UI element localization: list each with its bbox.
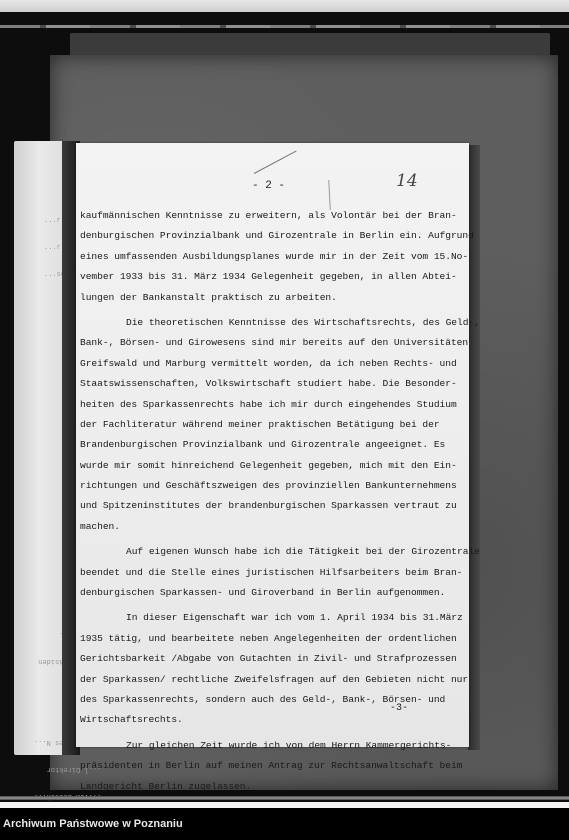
text-line: Staatswissenschaften, Volkswirtschaft st… [80, 374, 466, 394]
pencil-mark [254, 151, 297, 174]
text-line: Greifswald und Marburg vermittelt worden… [80, 354, 466, 374]
text-line: In dieser Eigenschaft war ich vom 1. Apr… [80, 608, 466, 628]
archive-name: Archiwum Państwowe w Poznaniu [3, 818, 183, 830]
text-line: kaufmännischen Kenntnisse zu erweitern, … [80, 206, 466, 226]
text-line: denburgischen Sparkassen- und Giroverban… [80, 583, 466, 603]
text-line: Die theoretischen Kenntnisse des Wirtsch… [80, 313, 466, 333]
document-body: kaufmännischen Kenntnisse zu erweitern, … [80, 206, 466, 797]
handwritten-folio-number: 14 [396, 171, 418, 191]
text-line: Gerichtsbarkeit /Abgabe von Gutachten in… [80, 649, 466, 669]
page-number: - 2 - [252, 180, 285, 192]
text-line: Zur gleichen Zeit wurde ich von dem Herr… [80, 736, 466, 756]
text-line: Auf eigenen Wunsch habe ich die Tätigkei… [80, 542, 466, 562]
text-line: lungen der Bankanstalt praktisch zu arbe… [80, 288, 466, 308]
film-edge-bottom [0, 796, 569, 800]
archive-caption-bar: Archiwum Państwowe w Poznaniu [0, 808, 569, 840]
text-line: Landgericht Berlin zugelassen. [80, 777, 466, 797]
text-line: 1935 tätig, und bearbeitete neben Angele… [80, 629, 466, 649]
text-line: machen. [80, 517, 466, 537]
text-line: vember 1933 bis 31. März 1934 Gelegenhei… [80, 267, 466, 287]
text-line: der Fachliteratur während meiner praktis… [80, 415, 466, 435]
next-page-marker: -3- [390, 703, 408, 714]
text-line: und Spitzeninstitutes der brandenburgisc… [80, 496, 466, 516]
text-line: der Sparkassen/ rechtliche Zweifelsfrage… [80, 670, 466, 690]
text-line: richtungen und Geschäftszweigen des prov… [80, 476, 466, 496]
text-line: heiten des Sparkassenrechts habe ich mir… [80, 395, 466, 415]
text-line: denburgischen Provinzialbank und Girozen… [80, 226, 466, 246]
text-line: eines umfassenden Ausbildungsplanes wurd… [80, 247, 466, 267]
top-scan-border [0, 0, 569, 12]
text-line: Wirtschaftsrechts. [80, 710, 466, 730]
text-line: wurde mir somit hinreichend Gelegenheit … [80, 456, 466, 476]
text-line: Brandenburgischen Provinzialbank und Gir… [80, 435, 466, 455]
text-line: präsidenten in Berlin auf meinen Antrag … [80, 756, 466, 776]
film-edge-top [0, 25, 569, 28]
text-line: beendet und die Stelle eines juristische… [80, 563, 466, 583]
text-line: des Sparkassenrechts, sondern auch des G… [80, 690, 466, 710]
typewritten-page: - 2 - 14 kaufmännischen Kenntnisse zu er… [76, 143, 469, 747]
text-line: Bank-, Börsen- und Girowesens sind mir b… [80, 333, 466, 353]
